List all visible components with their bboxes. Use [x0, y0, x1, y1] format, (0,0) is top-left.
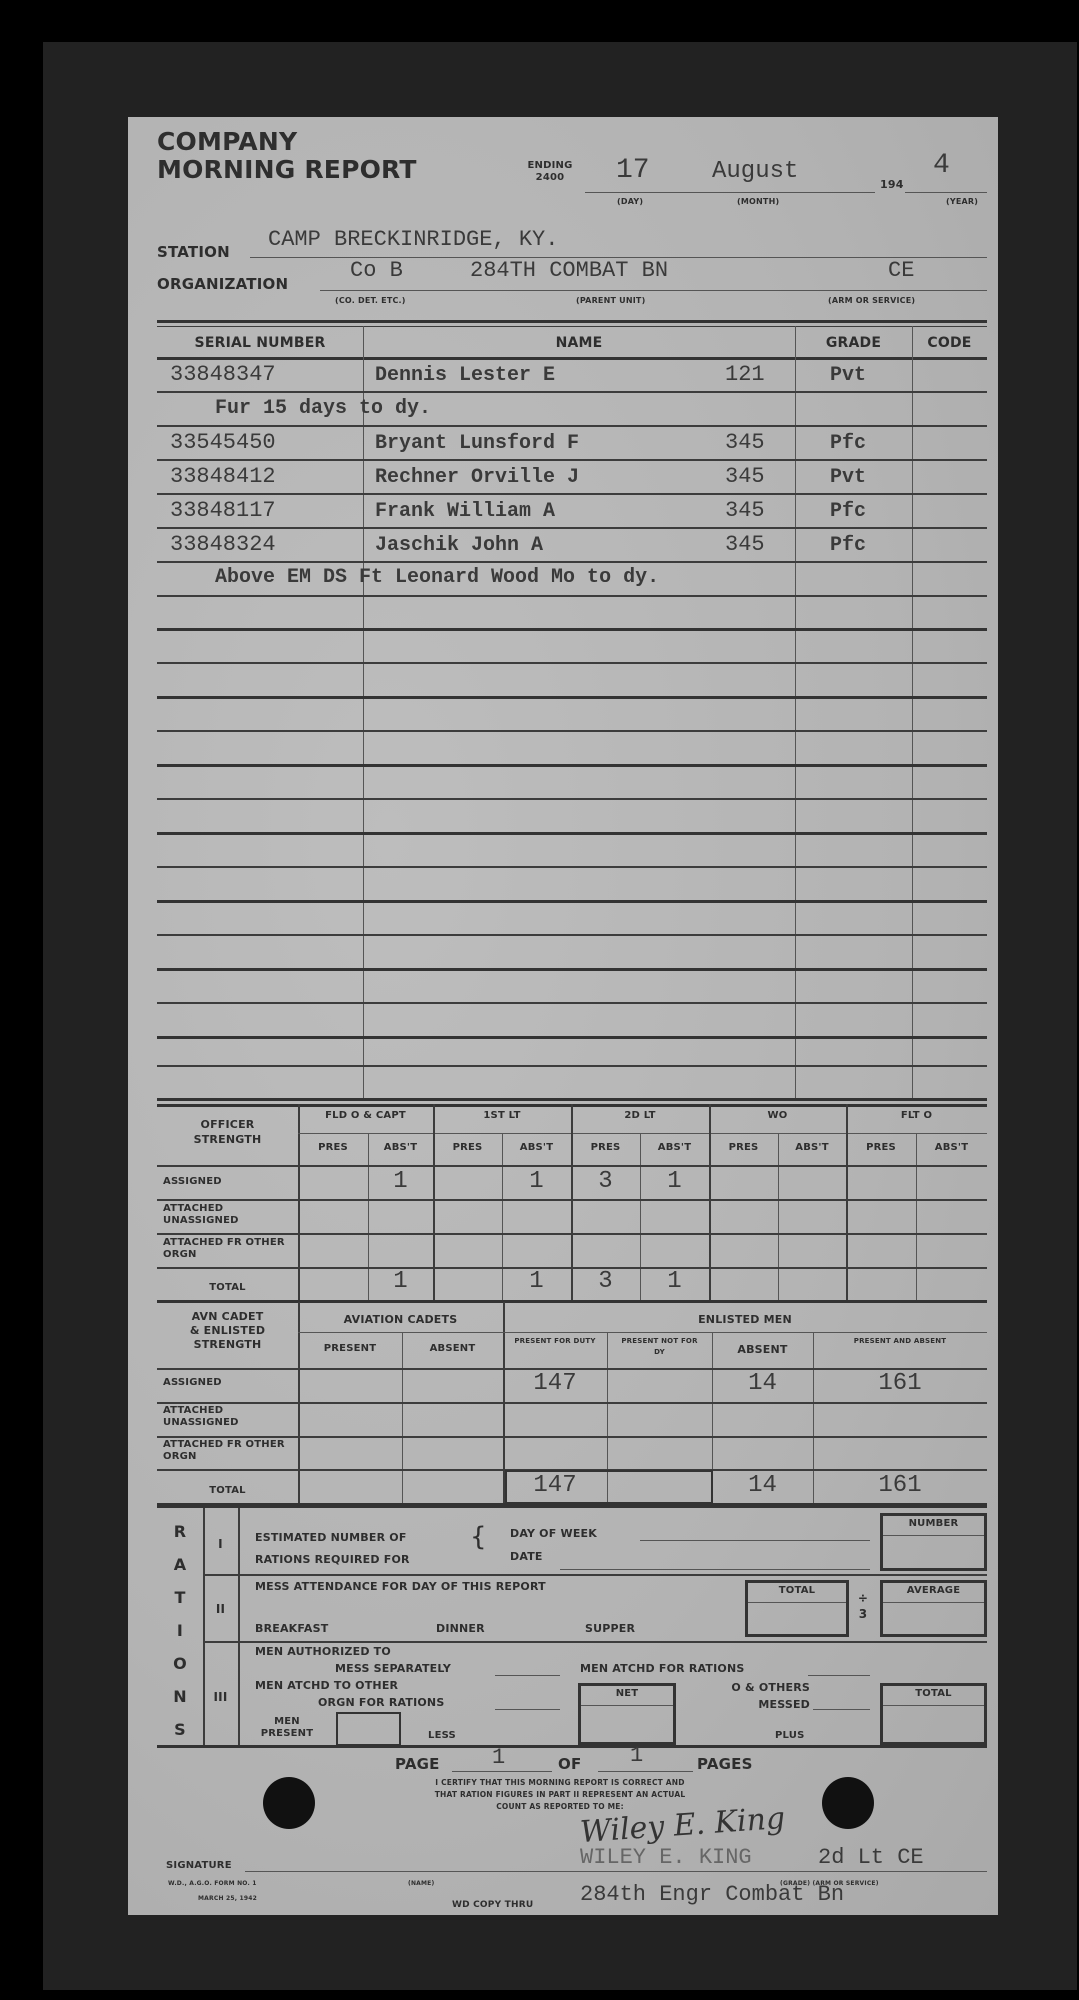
organization-company: Co B	[350, 258, 403, 283]
officer-subheader-rule	[298, 1133, 987, 1134]
officer-col-divider	[778, 1133, 779, 1301]
page-number-line	[452, 1771, 552, 1772]
row-label-attached-other: ATTACHED FR OTHER ORGN	[163, 1237, 293, 1261]
enlisted-men-header: ENLISTED MEN	[503, 1313, 987, 1326]
section-ii-bottom	[203, 1641, 987, 1643]
year-hint: (YEAR)	[946, 197, 978, 206]
typed-signer-name: WILEY E. KING	[580, 1845, 752, 1870]
men-present-2: PRESENT	[240, 1728, 334, 1740]
sub-header-abst: ABS'T	[916, 1142, 987, 1153]
sub-header-abst: ABS'T	[778, 1142, 846, 1153]
blank-line	[495, 1675, 560, 1676]
col-header-aviation-present: PRESENT	[298, 1343, 402, 1354]
others-label-2: MESSED	[730, 1696, 810, 1713]
rations-letter: A	[157, 1548, 203, 1581]
mess-attendance-title: MESS ATTENDANCE FOR DAY OF THIS REPORT	[255, 1580, 546, 1593]
row-rule	[157, 493, 987, 495]
supper-label: SUPPER	[585, 1622, 635, 1635]
sub-header-pres: PRES	[433, 1142, 502, 1153]
others-label-1: O & OTHERS	[730, 1679, 810, 1696]
signer-grade-service: 2d Lt CE	[818, 1845, 924, 1870]
mos-code: 345	[725, 464, 765, 489]
present-for-duty-assigned: 147	[503, 1370, 607, 1397]
section-i-line-1: ESTIMATED NUMBER OF	[255, 1527, 410, 1549]
mos-code: 345	[725, 498, 765, 523]
enlisted-subheader-rule	[298, 1332, 987, 1333]
enlisted-row-rule	[157, 1436, 987, 1438]
unit-stamp: 284th Engr Combat Bn	[580, 1882, 844, 1907]
row-label-attached-unassigned: ATTACHED UNASSIGNED	[163, 1405, 293, 1429]
signature-label: SIGNATURE	[166, 1860, 232, 1871]
page-number: 1	[492, 1745, 505, 1770]
group-header-1st-lt: 1ST LT	[433, 1110, 571, 1121]
row-rule	[157, 832, 987, 835]
box-divider	[883, 1535, 984, 1536]
officer-label-2: STRENGTH	[157, 1132, 298, 1147]
brace-icon: {	[470, 1522, 487, 1552]
grade: Pfc	[830, 534, 866, 557]
row-rule	[157, 561, 987, 563]
soldier-name: Bryant Lunsford F	[375, 432, 579, 455]
column-header-code: CODE	[912, 335, 987, 351]
enlisted-label-1: AVN CADET	[157, 1310, 298, 1324]
sub-header-pres: PRES	[298, 1142, 368, 1153]
box-divider	[883, 1602, 984, 1603]
mos-code: 121	[725, 362, 765, 387]
date-line	[560, 1569, 870, 1570]
row-label-total: TOTAL	[157, 1485, 298, 1496]
remark-text: Above EM DS Ft Leonard Wood Mo to dy.	[215, 566, 659, 589]
form-title: COMPANY MORNING REPORT	[157, 128, 417, 184]
o-others-messed-label: O & OTHERS MESSED	[730, 1679, 810, 1713]
net-label: NET	[578, 1688, 676, 1699]
serial-number: 33848324	[170, 532, 276, 557]
grade: Pvt	[830, 466, 866, 489]
col-header-present-for-duty: PRESENT FOR DUTY	[513, 1336, 597, 1347]
rations-bottom-rule	[157, 1745, 987, 1748]
page-label: PAGE	[395, 1755, 440, 1773]
roster-top-rule	[157, 320, 987, 323]
officer-col-divider	[916, 1133, 917, 1301]
less-label: LESS	[428, 1730, 456, 1741]
mess-total-label: TOTAL	[745, 1585, 849, 1596]
station-label: STATION	[157, 243, 230, 261]
roster-col-divider-2	[795, 326, 796, 1100]
rations-col-divider	[238, 1506, 240, 1746]
aviation-cadets-header: AVIATION CADETS	[298, 1313, 503, 1326]
men-present-box[interactable]	[336, 1712, 401, 1746]
blank-line	[495, 1709, 560, 1710]
row-rule	[157, 696, 987, 699]
mos-code: 345	[725, 532, 765, 557]
report-month: August	[712, 158, 798, 185]
station-value: CAMP BRECKINRIDGE, KY.	[268, 227, 558, 252]
ending-label: ENDING 2400	[520, 160, 580, 184]
pages-label: PAGES	[697, 1755, 753, 1773]
section-i-bottom	[203, 1574, 987, 1576]
binder-hole-right	[822, 1777, 874, 1829]
row-rule	[157, 527, 987, 529]
row-rule	[157, 866, 987, 868]
2d-lt-pres-total: 3	[571, 1268, 640, 1295]
row-rule	[157, 425, 987, 427]
grade: Pfc	[830, 432, 866, 455]
rations-letter: T	[157, 1581, 203, 1614]
column-header-name: NAME	[363, 335, 795, 351]
service-hint: (ARM OR SERVICE)	[828, 296, 915, 305]
row-rule	[157, 1036, 987, 1039]
title-line-1: COMPANY	[157, 128, 417, 156]
row-rule	[157, 628, 987, 631]
group-header-wo: WO	[709, 1110, 846, 1121]
roster-bottom-rule	[157, 1098, 987, 1101]
men-present-1: MEN	[240, 1716, 334, 1728]
name-hint: (NAME)	[408, 1880, 434, 1887]
company-hint: (CO. DET. ETC.)	[335, 296, 406, 305]
row-rule	[157, 1002, 987, 1004]
men-atchd-other-label-2: ORGN FOR RATIONS	[318, 1696, 444, 1709]
present-and-absent-assigned: 161	[813, 1370, 987, 1397]
row-rule	[157, 798, 987, 800]
section-i-numeral: I	[203, 1537, 238, 1551]
blank-line	[808, 1675, 870, 1676]
box-divider	[581, 1705, 673, 1706]
wd-copy-label: WD COPY THRU	[452, 1900, 533, 1910]
enlisted-strength-label: AVN CADET & ENLISTED STRENGTH	[157, 1310, 298, 1352]
officer-label-1: OFFICER	[157, 1117, 298, 1132]
dinner-label: DINNER	[436, 1622, 485, 1635]
absent-total: 14	[712, 1472, 813, 1499]
row-rule	[157, 662, 987, 664]
column-header-grade: GRADE	[795, 335, 912, 351]
breakfast-label: BREAKFAST	[255, 1622, 328, 1635]
rations-letter: I	[157, 1614, 203, 1647]
ending-label-1: ENDING	[520, 160, 580, 172]
1st-lt-abst-total: 1	[502, 1268, 571, 1295]
section-iii-numeral: III	[203, 1690, 238, 1704]
certify-line-2: THAT RATION FIGURES IN PART II REPRESENT…	[360, 1789, 760, 1801]
day-of-week-line	[640, 1540, 870, 1541]
sub-header-pres: PRES	[709, 1142, 778, 1153]
men-authorized-label-2: MESS SEPARATELY	[335, 1662, 451, 1675]
date-label: DATE	[510, 1550, 543, 1563]
absent-assigned: 14	[712, 1370, 813, 1397]
month-hint: (MONTH)	[737, 197, 779, 206]
organization-underline	[320, 290, 987, 291]
row-rule	[157, 900, 987, 903]
divide-icon: ÷	[855, 1590, 871, 1606]
2d-lt-abst-assigned: 1	[640, 1168, 709, 1195]
date-underline	[585, 192, 875, 193]
organization-label: ORGANIZATION	[157, 275, 288, 293]
row-label-attached-unassigned: ATTACHED UNASSIGNED	[163, 1203, 293, 1227]
col-header-absent: ABSENT	[712, 1343, 813, 1356]
row-label-attached-other: ATTACHED FR OTHER ORGN	[163, 1439, 293, 1463]
column-header-serial: SERIAL NUMBER	[157, 335, 363, 351]
col-header-aviation-absent: ABSENT	[402, 1343, 503, 1354]
1st-lt-abst-assigned: 1	[502, 1168, 571, 1195]
row-rule	[157, 934, 987, 936]
row-rule	[157, 391, 987, 393]
2d-lt-pres-assigned: 3	[571, 1168, 640, 1195]
enlisted-col-divider	[402, 1332, 403, 1504]
men-atchd-other-label-1: MEN ATCHD TO OTHER	[255, 1679, 398, 1692]
report-year-digit: 4	[933, 150, 950, 181]
row-label-assigned: ASSIGNED	[163, 1377, 222, 1388]
men-authorized-label-1: MEN AUTHORIZED TO	[255, 1645, 391, 1658]
group-header-2d-lt: 2D LT	[571, 1110, 709, 1121]
year-underline	[905, 192, 987, 193]
page-total-line	[598, 1771, 693, 1772]
officer-row-rule	[157, 1233, 987, 1235]
row-rule	[157, 764, 987, 767]
day-hint: (DAY)	[617, 197, 643, 206]
fld-capt-abst-assigned: 1	[368, 1168, 433, 1195]
group-header-fld-capt: FLD O & CAPT	[298, 1110, 433, 1121]
signature-line	[245, 1871, 987, 1872]
group-header-flt-o: FLT O	[846, 1110, 987, 1121]
box-divider	[883, 1705, 984, 1706]
col-header-present-and-absent: PRESENT AND ABSENT	[830, 1336, 970, 1347]
enlisted-row-rule	[157, 1402, 987, 1404]
sub-header-abst: ABS'T	[502, 1142, 571, 1153]
row-rule	[157, 459, 987, 461]
parent-unit-hint: (PARENT UNIT)	[576, 296, 645, 305]
rations-letter: S	[157, 1713, 203, 1746]
rations-top-rule	[157, 1505, 987, 1508]
section-i-line-2: RATIONS REQUIRED FOR	[255, 1549, 410, 1571]
enlisted-label-3: STRENGTH	[157, 1338, 298, 1352]
row-rule	[157, 1065, 987, 1067]
remark-text: Fur 15 days to dy.	[215, 397, 431, 420]
report-day: 17	[616, 155, 650, 186]
certify-line-1: I CERTIFY THAT THIS MORNING REPORT IS CO…	[360, 1777, 760, 1789]
serial-number: 33848117	[170, 498, 276, 523]
rations-letter: N	[157, 1680, 203, 1713]
sub-header-abst: ABS'T	[368, 1142, 433, 1153]
day-of-week-label: DAY OF WEEK	[510, 1527, 597, 1540]
of-label: OF	[558, 1755, 581, 1773]
divisor: 3	[855, 1606, 871, 1622]
page-total: 1	[630, 1743, 643, 1768]
grade: Pvt	[830, 364, 866, 387]
row-label-assigned: ASSIGNED	[163, 1176, 222, 1187]
col-header-present-not-for-duty: PRESENT NOT FOR DY	[617, 1336, 702, 1358]
blank-line	[813, 1709, 870, 1710]
enlisted-label-2: & ENLISTED	[157, 1324, 298, 1338]
soldier-name: Dennis Lester E	[375, 364, 555, 387]
officer-strength-label: OFFICER STRENGTH	[157, 1117, 298, 1147]
present-and-absent-total: 161	[813, 1472, 987, 1499]
binder-hole-left	[263, 1777, 315, 1829]
mos-code: 345	[725, 430, 765, 455]
title-line-2: MORNING REPORT	[157, 156, 417, 184]
form-date: MARCH 25, 1942	[198, 1895, 257, 1902]
men-atchd-for-rations-label: MEN ATCHD FOR RATIONS	[580, 1662, 744, 1675]
row-rule	[157, 968, 987, 971]
fld-capt-abst-total: 1	[368, 1268, 433, 1295]
roster-header-rule	[157, 357, 987, 360]
box-divider	[748, 1602, 846, 1603]
form-number: W.D., A.G.O. FORM NO. 1	[168, 1880, 257, 1887]
sub-header-pres: PRES	[571, 1142, 640, 1153]
sub-header-abst: ABS'T	[640, 1142, 709, 1153]
serial-number: 33545450	[170, 430, 276, 455]
soldier-name: Jaschik John A	[375, 534, 543, 557]
soldier-name: Rechner Orville J	[375, 466, 579, 489]
officer-col-divider	[846, 1104, 848, 1301]
serial-number: 33848347	[170, 362, 276, 387]
officer-col-divider	[433, 1104, 435, 1301]
year-prefix: 194	[880, 178, 904, 191]
organization-parent-unit: 284TH COMBAT BN	[470, 258, 668, 283]
soldier-name: Frank William A	[375, 500, 555, 523]
roster-col-divider-3	[912, 326, 913, 1100]
grade: Pfc	[830, 500, 866, 523]
serial-number: 33848412	[170, 464, 276, 489]
men-present-label: MEN PRESENT	[240, 1716, 334, 1740]
divide-by-three: ÷ 3	[855, 1590, 871, 1622]
section-ii-numeral: II	[203, 1602, 238, 1616]
ending-label-2: 2400	[520, 172, 580, 184]
officer-col-divider	[709, 1104, 711, 1301]
rations-total-label: TOTAL	[880, 1688, 987, 1699]
officer-row-rule	[157, 1199, 987, 1201]
present-for-duty-total: 147	[503, 1472, 607, 1499]
2d-lt-abst-total: 1	[640, 1268, 709, 1295]
section-i-label: ESTIMATED NUMBER OF RATIONS REQUIRED FOR	[255, 1527, 410, 1571]
number-box-label: NUMBER	[880, 1518, 987, 1529]
officer-bottom-rule	[157, 1300, 987, 1303]
rations-side-label: R A T I O N S	[157, 1515, 203, 1746]
roster-col-divider-1	[363, 326, 364, 1100]
row-label-total: TOTAL	[157, 1282, 298, 1293]
roster-top-rule-2	[157, 326, 987, 327]
row-rule	[157, 730, 987, 732]
row-rule	[157, 595, 987, 597]
sub-header-pres: PRES	[846, 1142, 916, 1153]
officer-row-rule	[157, 1165, 987, 1167]
organization-service: CE	[888, 258, 914, 283]
plus-label: PLUS	[775, 1730, 804, 1741]
average-label: AVERAGE	[880, 1585, 987, 1596]
rations-letter: O	[157, 1647, 203, 1680]
rations-letter: R	[157, 1515, 203, 1548]
